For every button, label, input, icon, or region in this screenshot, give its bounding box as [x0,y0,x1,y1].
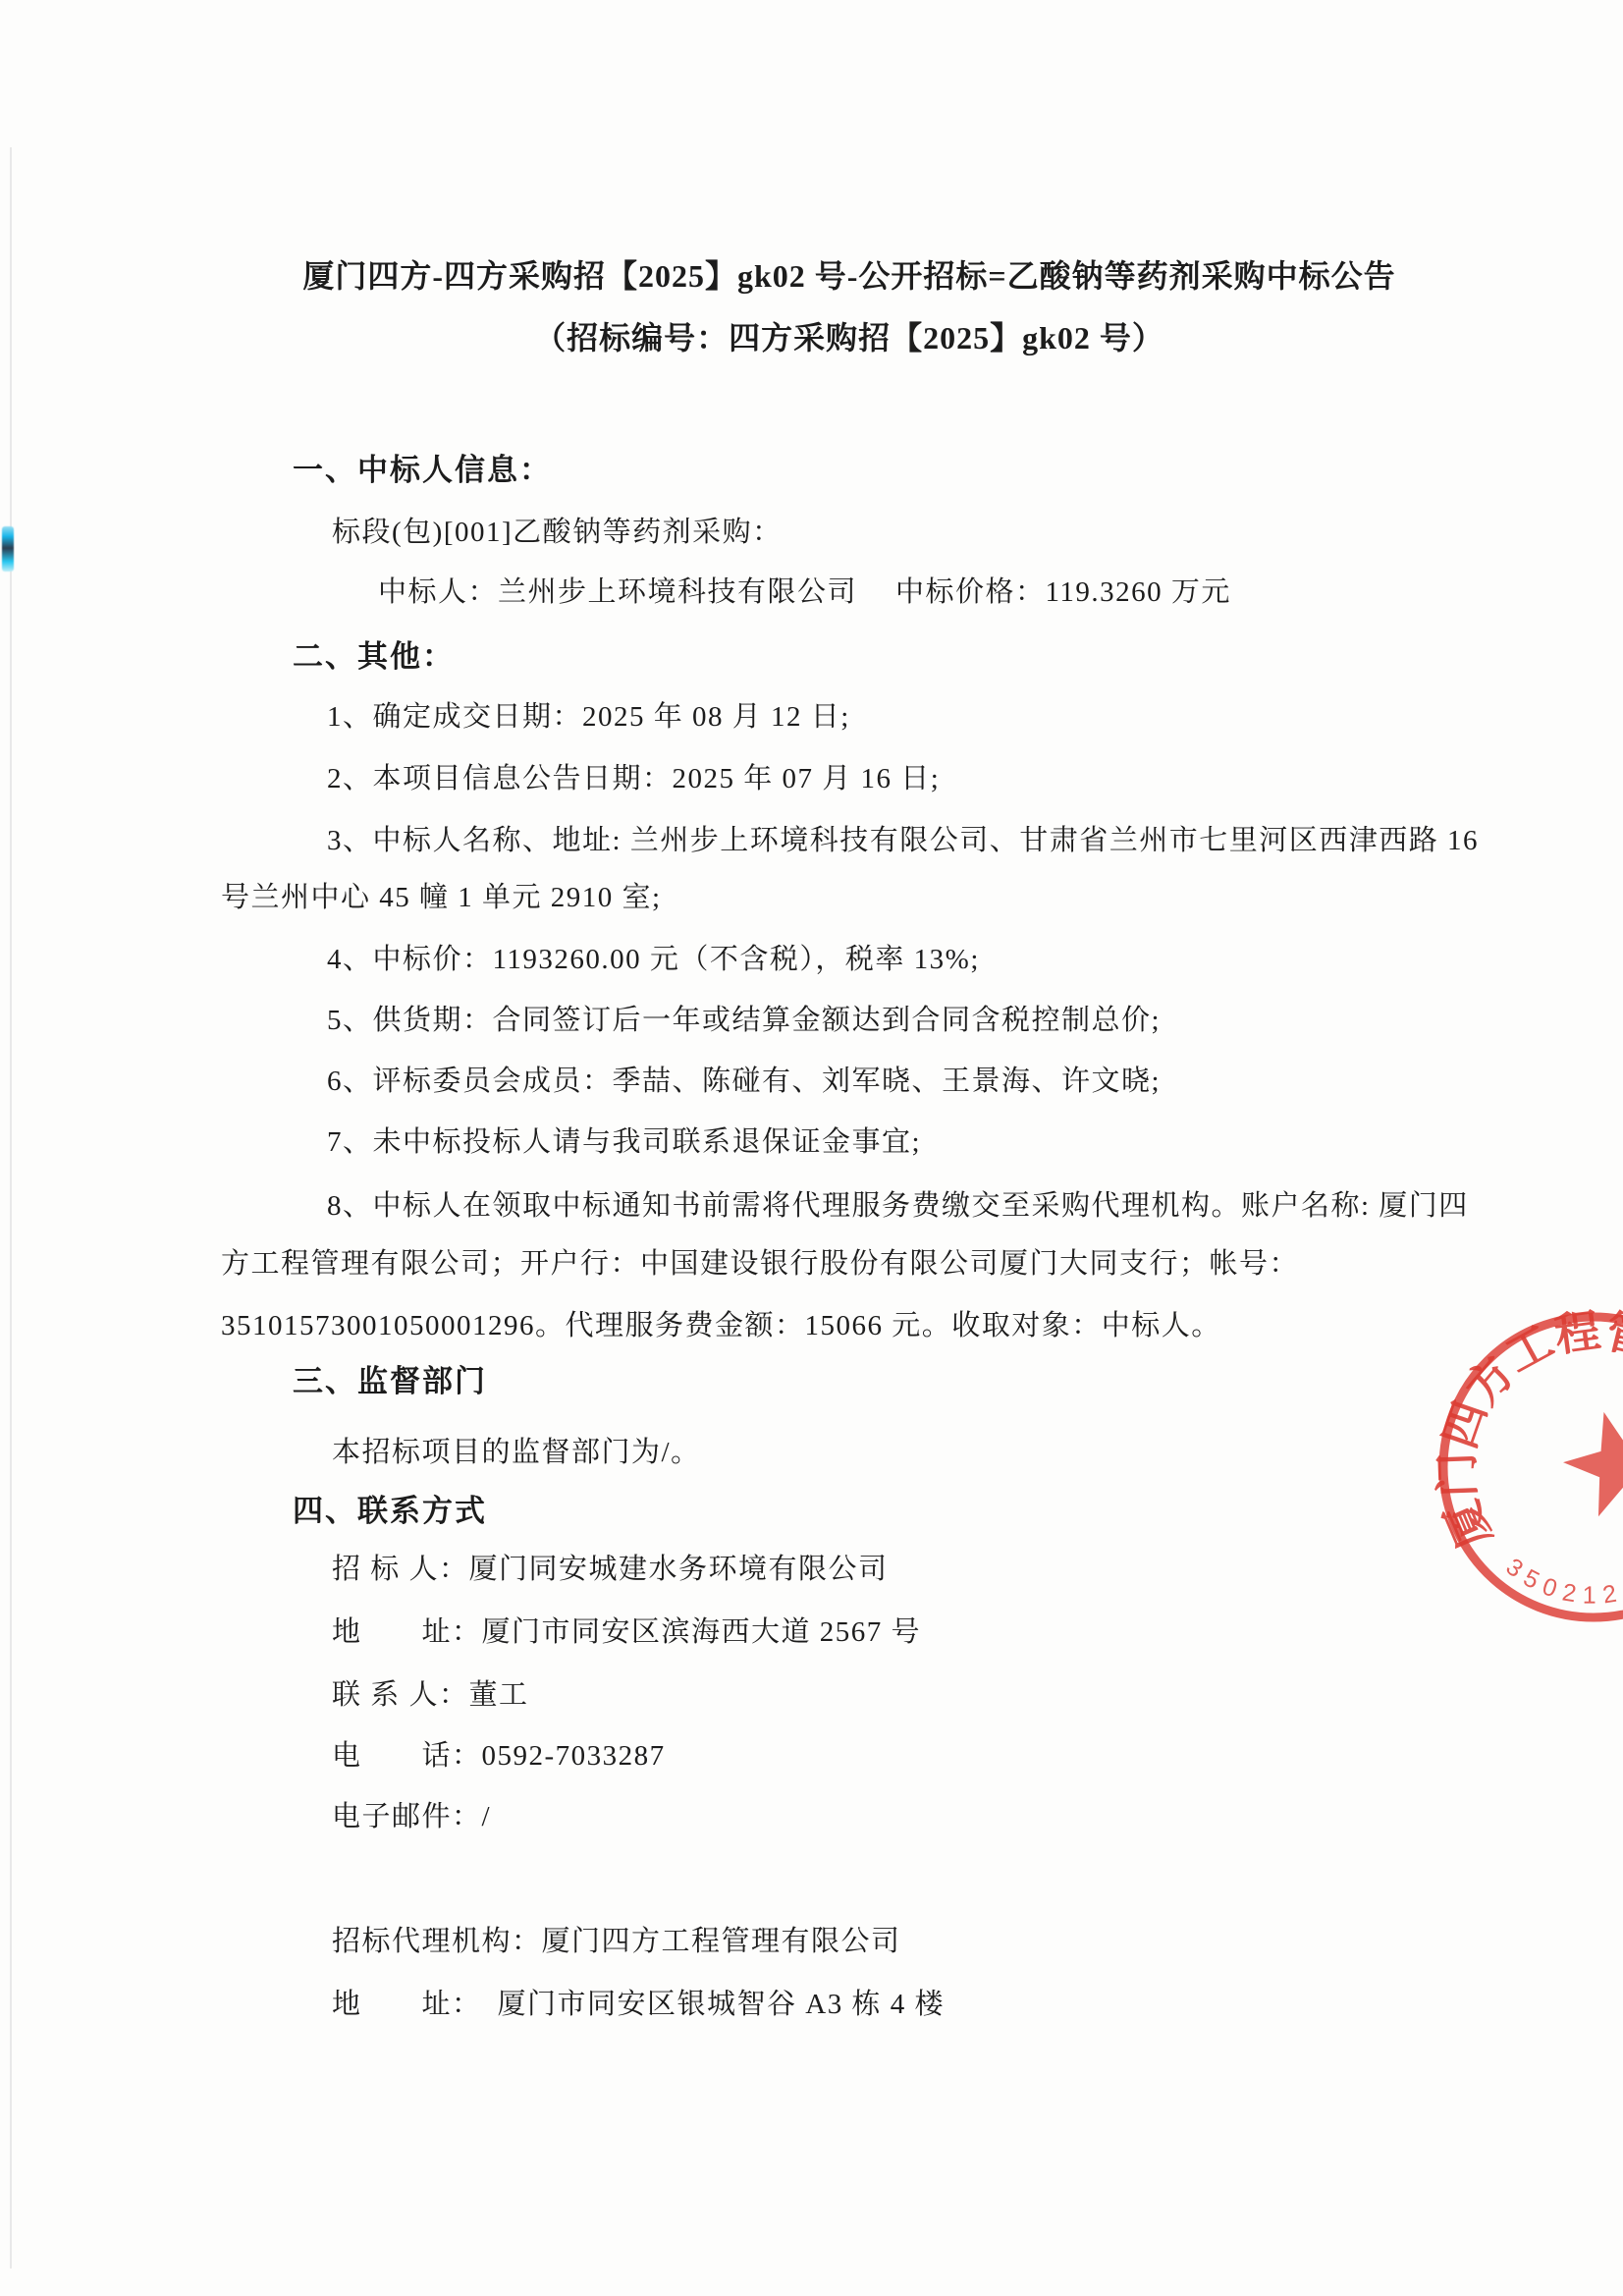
stamp-star-icon [1553,1398,1623,1521]
document-page: 厦门四方-四方采购招【2025】gk02 号-公开招标=乙酸钠等药剂采购中标公告… [0,0,1623,2296]
phone-line: 电 话：0592-7033287 [332,1740,666,1773]
item-deal-date: 1、确定成交日期：2025 年 08 月 12 日; [327,701,850,734]
stamp-company-text: 厦门四方工程管理 [1432,1305,1623,1555]
item-evaluation-committee: 6、评标委员会成员：季喆、陈碰有、刘军晓、王景海、许文晓; [327,1066,1161,1098]
item-agency-fee-line1: 8、中标人在领取中标通知书前需将代理服务费缴交至采购代理机构。账户名称: 厦门四 [327,1190,1469,1223]
document-title-line2: （招标编号：四方采购招【2025】gk02 号） [221,313,1478,358]
company-seal-stamp: 厦门四方工程管理 35021212 [1394,1261,1623,1673]
lot-package-line: 标段(包)[001]乙酸钠等药剂采购： [332,517,783,549]
item-winner-address-line2: 号兰州中心 45 幢 1 单元 2910 室; [221,882,662,914]
contact-person-line: 联 系 人：董工 [332,1679,529,1712]
agency-line: 招标代理机构：厦门四方工程管理有限公司 [332,1926,901,1958]
svg-text:厦门四方工程管理: 厦门四方工程管理 [1432,1305,1623,1555]
tenderer-line: 招 标 人：厦门同安城建水务环境有限公司 [332,1554,889,1586]
item-agency-fee-line3: 35101573001050001296。代理服务费金额：15066 元。收取对… [221,1310,1221,1342]
item-announce-date: 2、本项目信息公告日期：2025 年 07 月 16 日; [327,763,940,795]
scan-edge-line [10,147,12,2269]
winner-price: 中标价格：119.3260 万元 [895,576,1231,609]
scan-artifact-blue-mark [2,526,14,572]
section2-heading: 二、其他： [293,639,455,675]
item-bid-price: 4、中标价：1193260.00 元（不含税），税率 13%; [327,944,980,976]
agency-address-line: 地 址： 厦门市同安区银城智谷 A3 栋 4 楼 [332,1989,945,2021]
item-winner-address-line1: 3、中标人名称、地址: 兰州步上环境科技有限公司、甘肃省兰州市七里河区西津西路 … [327,825,1479,857]
item-agency-fee-line2: 方工程管理有限公司；开户行：中国建设银行股份有限公司厦门大同支行；帐号： [221,1248,1299,1281]
tenderer-address-line: 地 址：厦门市同安区滨海西大道 2567 号 [332,1616,921,1649]
item-deposit-refund: 7、未中标投标人请与我司联系退保证金事宜; [327,1126,921,1159]
winner-name: 中标人：兰州步上环境科技有限公司 [378,576,857,609]
section4-heading: 四、联系方式 [293,1494,487,1529]
email-line: 电子邮件：/ [332,1801,491,1833]
section3-heading: 三、监督部门 [293,1364,487,1399]
item-supply-period: 5、供货期：合同签订后一年或结算金额达到合同含税控制总价; [327,1005,1161,1037]
supervision-department-line: 本招标项目的监督部门为/。 [332,1437,701,1469]
section1-heading: 一、中标人信息： [293,453,552,488]
document-title-line1: 厦门四方-四方采购招【2025】gk02 号-公开招标=乙酸钠等药剂采购中标公告 [221,251,1478,297]
